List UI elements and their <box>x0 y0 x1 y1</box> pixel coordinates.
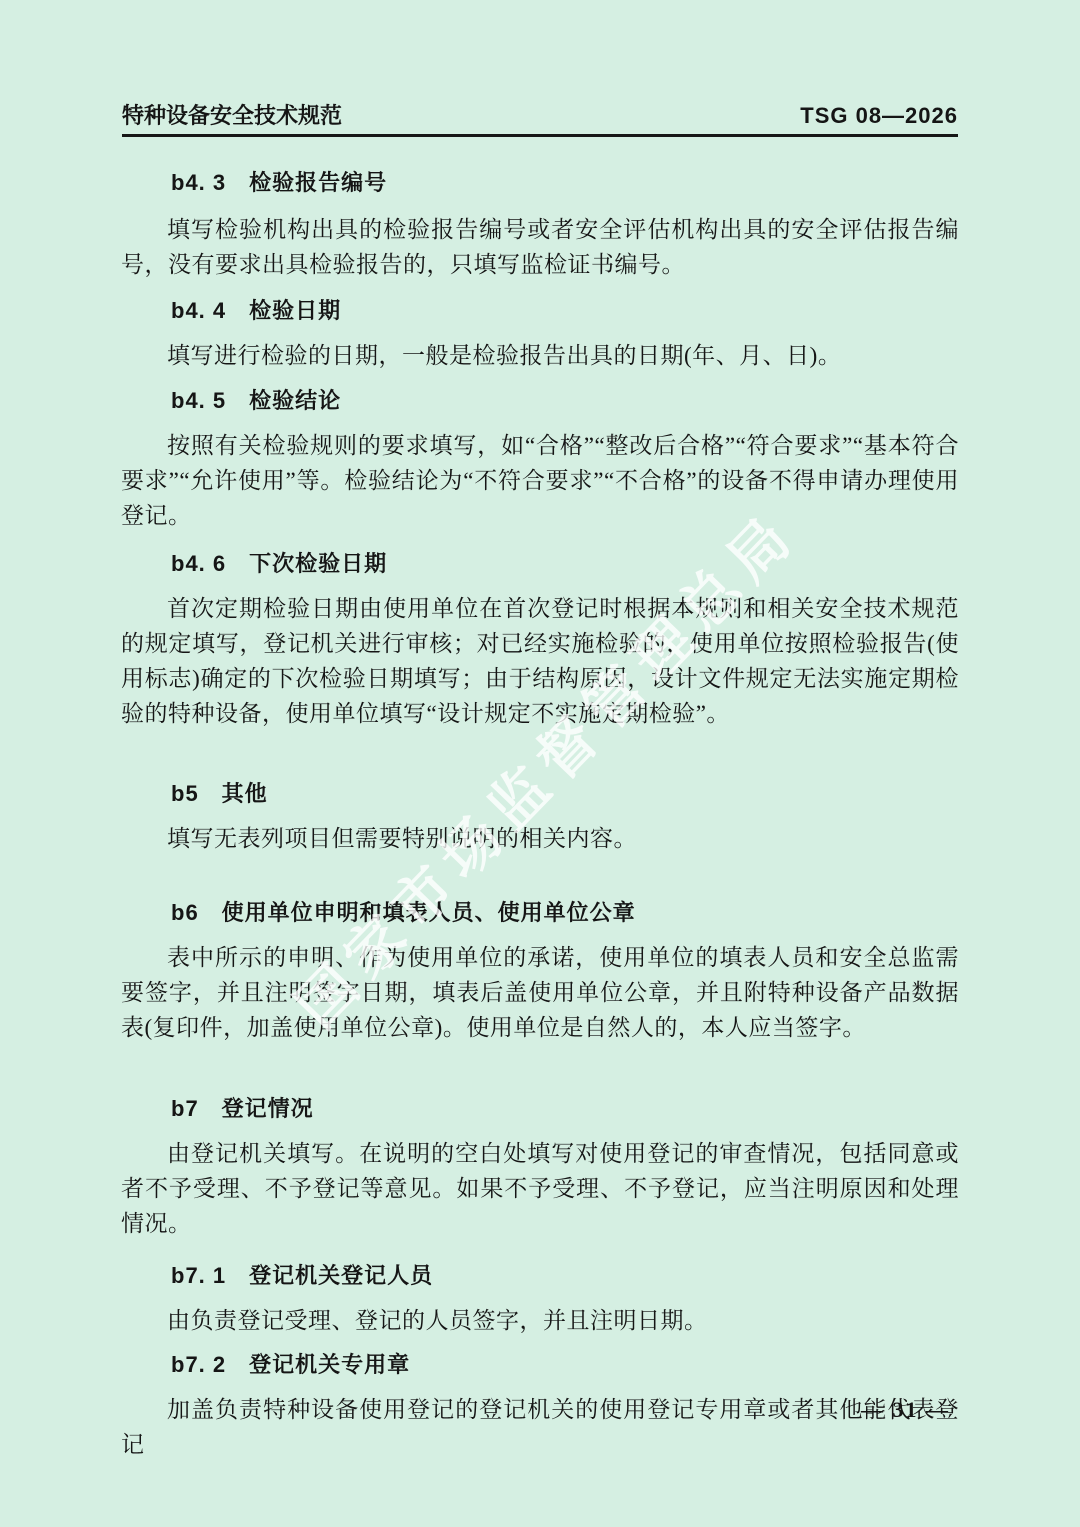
paragraph-b7-2: 加盖负责特种设备使用登记的登记机关的使用登记专用章或者其他能代表登记 <box>121 1392 959 1462</box>
section-heading-b7: b7 登记情况 <box>121 1094 959 1124</box>
paragraph-b7: 由登记机关填写。在说明的空白处填写对使用登记的审查情况，包括同意或者不予受理、不… <box>121 1136 959 1241</box>
page-number: — 31 — <box>861 1397 950 1423</box>
paragraph-b4-6: 首次定期检验日期由使用单位在首次登记时根据本规则和相关安全技术规范的规定填写，登… <box>121 591 959 731</box>
header-doc-code: TSG 08—2026 <box>800 103 958 128</box>
page-header: 特种设备安全技术规范 TSG 08—2026 <box>122 103 958 137</box>
document-page: 特种设备安全技术规范 TSG 08—2026 b4. 3 检验报告编号 填写检验… <box>0 0 1080 1527</box>
section-heading-b6: b6 使用单位申明和填表人员、使用单位公章 <box>121 898 959 928</box>
section-heading-b7-2: b7. 2 登记机关专用章 <box>121 1350 959 1380</box>
document-body: b4. 3 检验报告编号 填写检验机构出具的检验报告编号或者安全评估机构出具的安… <box>121 137 959 1462</box>
section-heading-b4-6: b4. 6 下次检验日期 <box>121 549 959 579</box>
paragraph-b4-4: 填写进行检验的日期，一般是检验报告出具的日期(年、月、日)。 <box>121 338 959 373</box>
header-doc-title: 特种设备安全技术规范 <box>122 103 342 128</box>
section-heading-b4-5: b4. 5 检验结论 <box>121 386 959 416</box>
paragraph-b4-3: 填写检验机构出具的检验报告编号或者安全评估机构出具的安全评估报告编号，没有要求出… <box>121 212 959 282</box>
section-heading-b4-3: b4. 3 检验报告编号 <box>121 168 959 198</box>
paragraph-b6: 表中所示的申明、作为使用单位的承诺，使用单位的填表人员和安全总监需要签字，并且注… <box>121 940 959 1045</box>
paragraph-b4-5: 按照有关检验规则的要求填写，如“合格”“整改后合格”“符合要求”“基本符合要求”… <box>121 428 959 533</box>
paragraph-b7-1: 由负责登记受理、登记的人员签字，并且注明日期。 <box>121 1303 959 1338</box>
section-heading-b4-4: b4. 4 检验日期 <box>121 296 959 326</box>
paragraph-b5: 填写无表列项目但需要特别说明的相关内容。 <box>121 821 959 856</box>
section-heading-b7-1: b7. 1 登记机关登记人员 <box>121 1261 959 1291</box>
section-heading-b5: b5 其他 <box>121 779 959 809</box>
